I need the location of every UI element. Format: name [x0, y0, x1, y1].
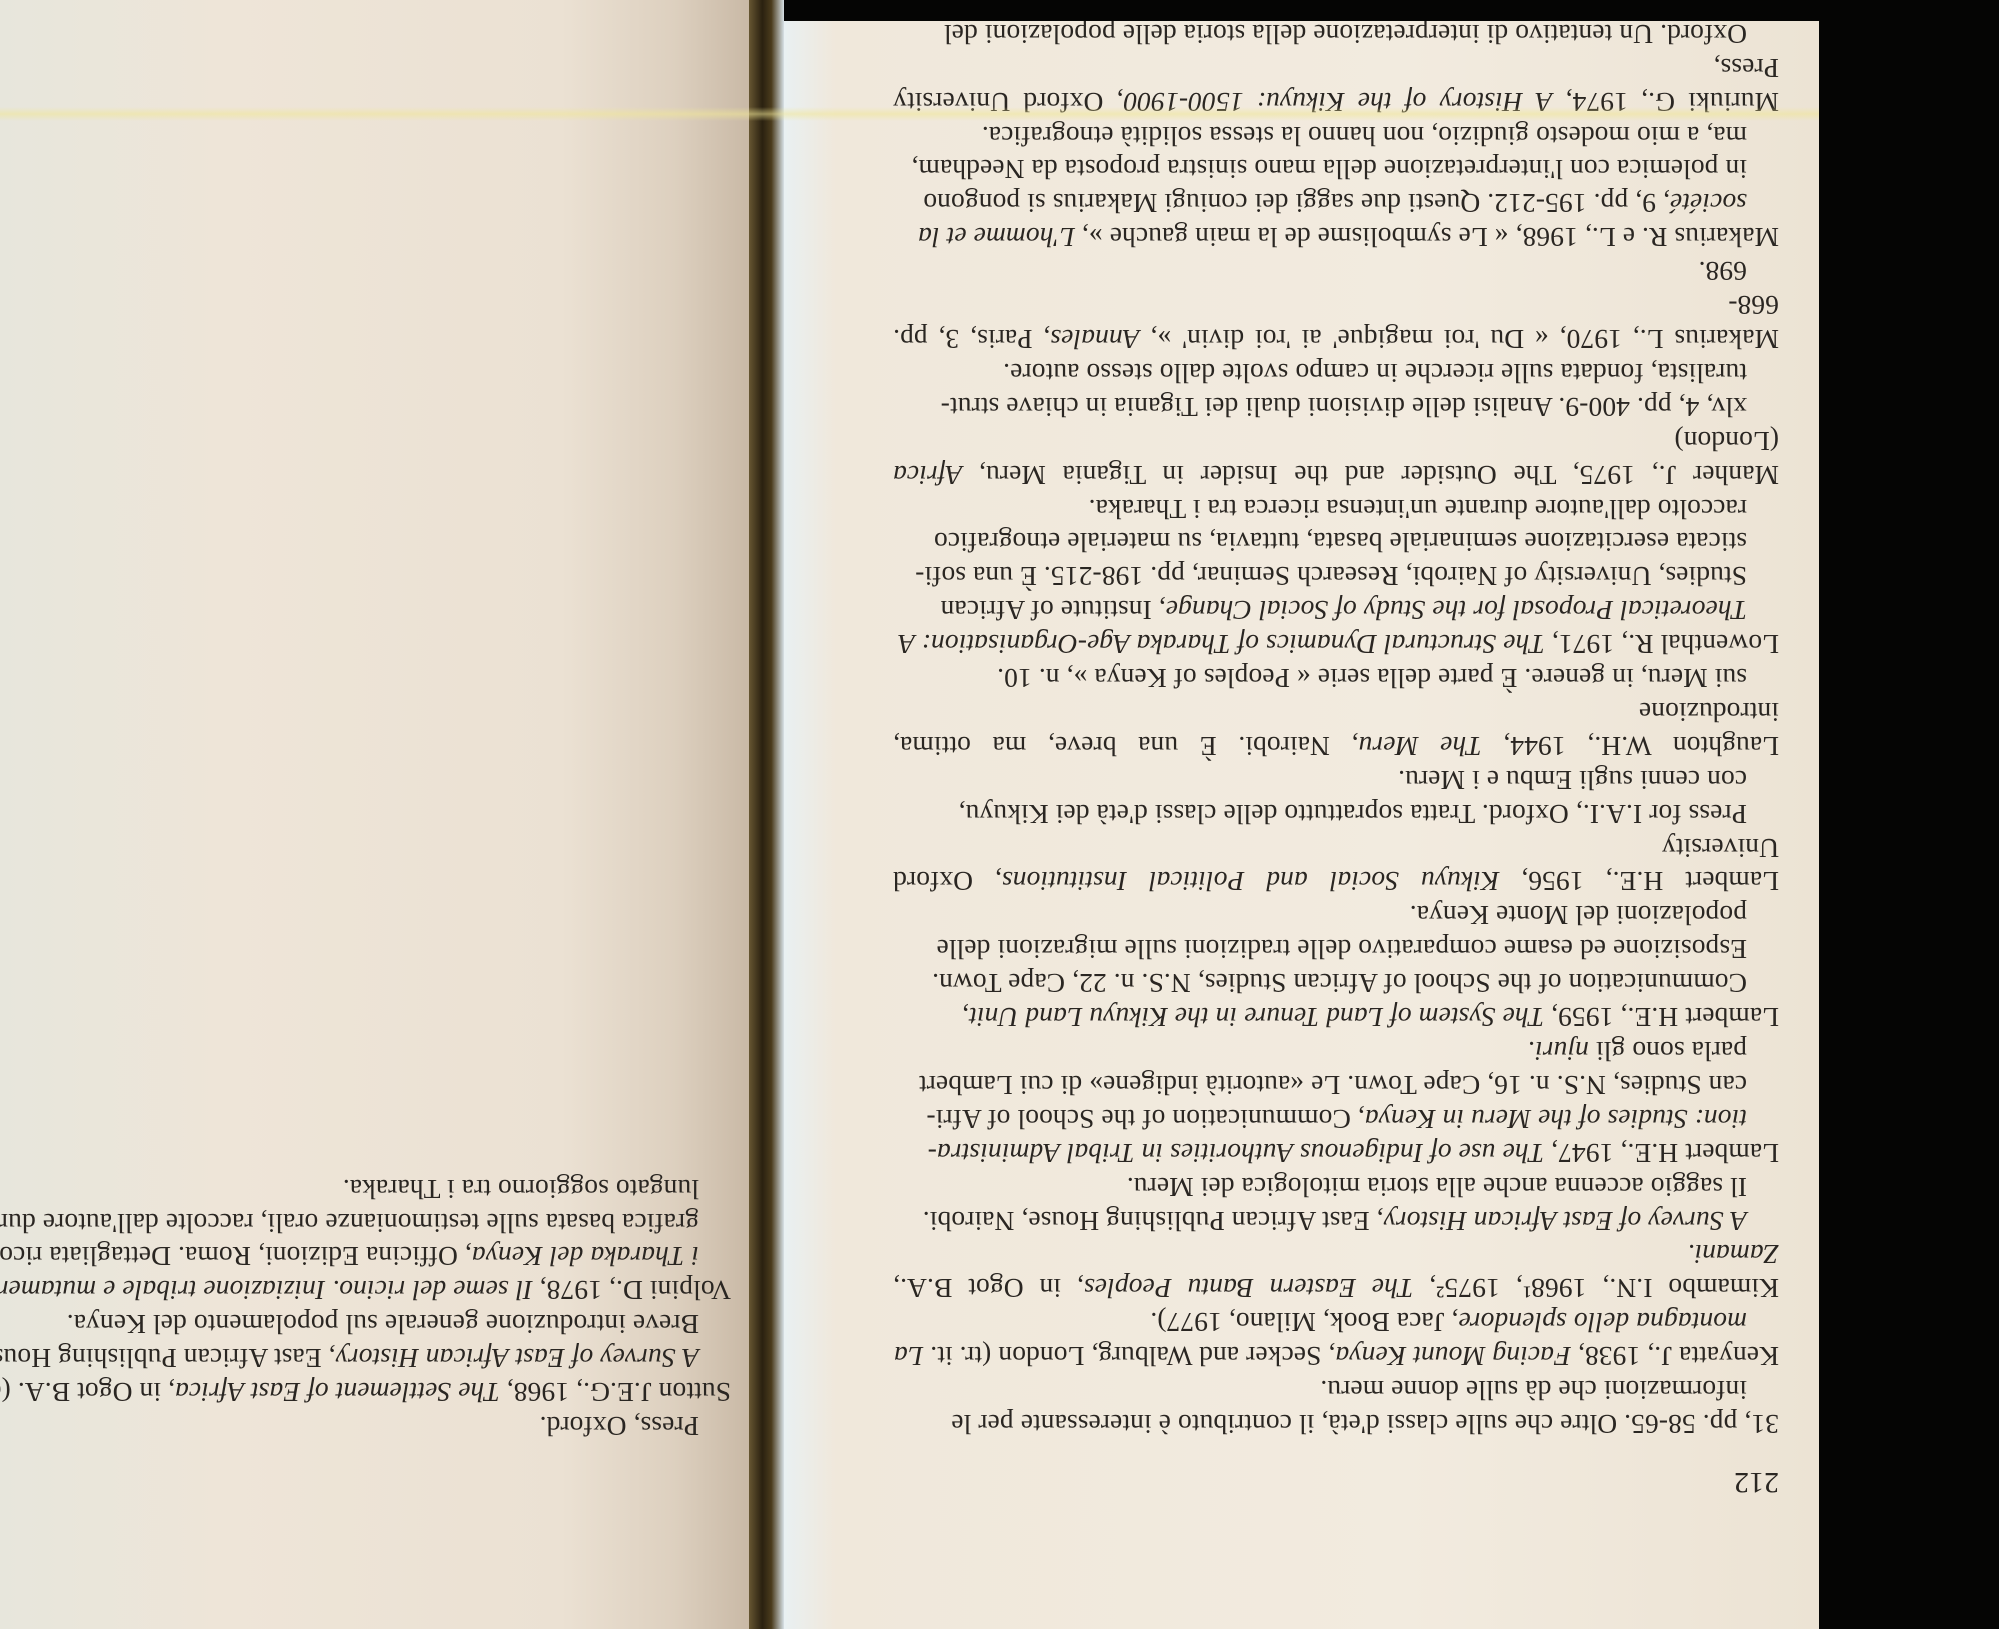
entry-line: Kimambo I.N., 1968¹, 1975², The Eastern …	[893, 1238, 1779, 1306]
entry-line: Manher J., 1975, The Outsider and the In…	[893, 424, 1779, 492]
left-page: 212 31, pp. 58-65. Oltre che sulle class…	[784, 0, 1819, 1629]
entry-continuation-line: parla sono gli njuri.	[893, 1034, 1779, 1068]
entry-continuation-line: popolazioni del Monte Kenya.	[893, 899, 1779, 933]
bibliography-column-left: 31, pp. 58-65. Oltre che sulle classi d'…	[893, 0, 1779, 1441]
bibliography-entry: Makarius R. e L., 1968, « Le symbolisme …	[893, 119, 1779, 255]
entry-line: Makarius R. e L., 1968, « Le symbolisme …	[893, 220, 1779, 254]
entry-continuation-line: Press for I.A.I., Oxford. Tratta sopratt…	[893, 797, 1779, 831]
entry-continuation-line: Communication of the School of African S…	[893, 966, 1779, 1000]
entry-line: Makarius L., 1970, « Du 'roi magique' ai…	[893, 288, 1779, 356]
bibliography-entry: Laughton W.H., 1944, The Meru, Nairobi. …	[893, 661, 1779, 763]
entry-continuation-line: ma, a mio modesto giudizio, non hanno la…	[893, 119, 1779, 153]
entry-line: Lambert H.E., 1959, The System of Land T…	[893, 1000, 1779, 1034]
entry-line: Sutton J.E.G., 1968, The Settlement of E…	[0, 1375, 731, 1409]
entry-continuation-line: tion: Studies of the Meru in Kenya, Comm…	[893, 1102, 1779, 1136]
entry-continuation-line: Breve introduzione generale sul popolame…	[0, 1307, 731, 1341]
bibliography-entry: Lowenthal R., 1971, The Structural Dynam…	[893, 492, 1779, 662]
book-gutter	[748, 0, 784, 1629]
right-page: Press, Oxford.Sutton J.E.G., 1968, The S…	[0, 0, 749, 1629]
entry-continuation-line: can Studies, N.S. n. 16, Cape Town. Le «…	[893, 1068, 1779, 1102]
entry-continuation-line: Esposizione ed esame comparativo delle t…	[893, 932, 1779, 966]
entry-line: Lowenthal R., 1971, The Structural Dynam…	[893, 627, 1779, 661]
entry-continuation-line: grafica basata sulle testimonianze orali…	[0, 1206, 731, 1240]
entry-continuation-line: sticata esercitazione seminariale basata…	[893, 526, 1779, 560]
scan-artifact-band	[0, 107, 1819, 121]
bibliography-entry: Lambert H.E., 1947, The use of Indigenou…	[893, 1034, 1779, 1170]
entry-continuation-line: A Survey of East African History, East A…	[0, 1341, 731, 1375]
entry-continuation-line: lungato soggiorno tra i Tharaka.	[0, 1172, 731, 1206]
bibliography-entry: Lambert H.E., 1956, Kikuyu Social and Po…	[893, 763, 1779, 899]
entry-line: Volpini D., 1978, Il seme del ricino. In…	[0, 1273, 731, 1307]
bibliography-entry: Makarius L., 1970, « Du 'roi magique' ai…	[893, 254, 1779, 356]
entry-continuation-line: Theoretical Proposal for the Study of So…	[893, 593, 1779, 627]
page-number: 212	[1734, 1465, 1779, 1499]
entry-continuation-line: A Survey of East African History, East A…	[893, 1204, 1779, 1238]
entry-continuation-line: xlv, 4, pp. 400-9. Analisi delle divisio…	[893, 390, 1779, 424]
entry-line: Press, Oxford.	[0, 1409, 731, 1443]
entry-continuation-line: montagna dello splendore, Jaca Book, Mil…	[893, 1305, 1779, 1339]
bibliography-entry: Kimambo I.N., 1968¹, 1975², The Eastern …	[893, 1170, 1779, 1306]
entry-line: Laughton W.H., 1944, The Meru, Nairobi. …	[893, 695, 1779, 763]
entry-continuation-line: con cenni sugli Embu e i Meru.	[893, 763, 1779, 797]
bibliography-entry: Manher J., 1975, The Outsider and the In…	[893, 356, 1779, 492]
entry-continuation-line: société, 9, pp. 195-212. Questi due sagg…	[893, 186, 1779, 220]
entry-continuation-line: informazioni che dà sulle donne meru.	[893, 1373, 1779, 1407]
bibliography-entry: Press, Oxford.	[0, 1409, 731, 1443]
entry-line: Lambert H.E., 1956, Kikuyu Social and Po…	[893, 831, 1779, 899]
entry-continuation-line: turalista, fondata sulle ricerche in cam…	[893, 356, 1779, 390]
entry-line: Lambert H.E., 1947, The use of Indigenou…	[893, 1136, 1779, 1170]
entry-continuation-line: raccolto dall'autore durante un'intensa …	[893, 492, 1779, 526]
entry-continuation-line: Il saggio accenna anche alla storia mito…	[893, 1170, 1779, 1204]
bibliography-entry: Lambert H.E., 1959, The System of Land T…	[893, 899, 1779, 1035]
entry-continuation-line: Oxford. Un tentativo di interpretazione …	[893, 17, 1779, 51]
bibliography-entry: Volpini D., 1978, Il seme del ricino. In…	[0, 1172, 731, 1308]
entry-continuation-line: in polemica con l'interpretazione della …	[893, 153, 1779, 187]
bibliography-column-right: Press, Oxford.Sutton J.E.G., 1968, The S…	[0, 1172, 731, 1443]
bibliography-entry: Kenyatta J., 1938, Facing Mount Kenya, S…	[893, 1305, 1779, 1373]
entry-continuation-line: i Tharaka del Kenya, Officina Edizioni, …	[0, 1240, 731, 1274]
bibliography-entry: Sutton J.E.G., 1968, The Settlement of E…	[0, 1307, 731, 1409]
entry-line: Kenyatta J., 1938, Facing Mount Kenya, S…	[893, 1339, 1779, 1373]
bibliography-entry: 31, pp. 58-65. Oltre che sulle classi d'…	[893, 1373, 1779, 1441]
entry-continuation-line: 698.	[893, 254, 1779, 288]
entry-line: 31, pp. 58-65. Oltre che sulle classi d'…	[893, 1407, 1779, 1441]
entry-continuation-line: Studies, University of Nairobi, Research…	[893, 559, 1779, 593]
page-bottom-edge	[784, 0, 1819, 21]
scanned-book-spread: 212 31, pp. 58-65. Oltre che sulle class…	[0, 0, 1999, 1629]
entry-continuation-line: sui Meru, in genere. È parte della serie…	[893, 661, 1779, 695]
